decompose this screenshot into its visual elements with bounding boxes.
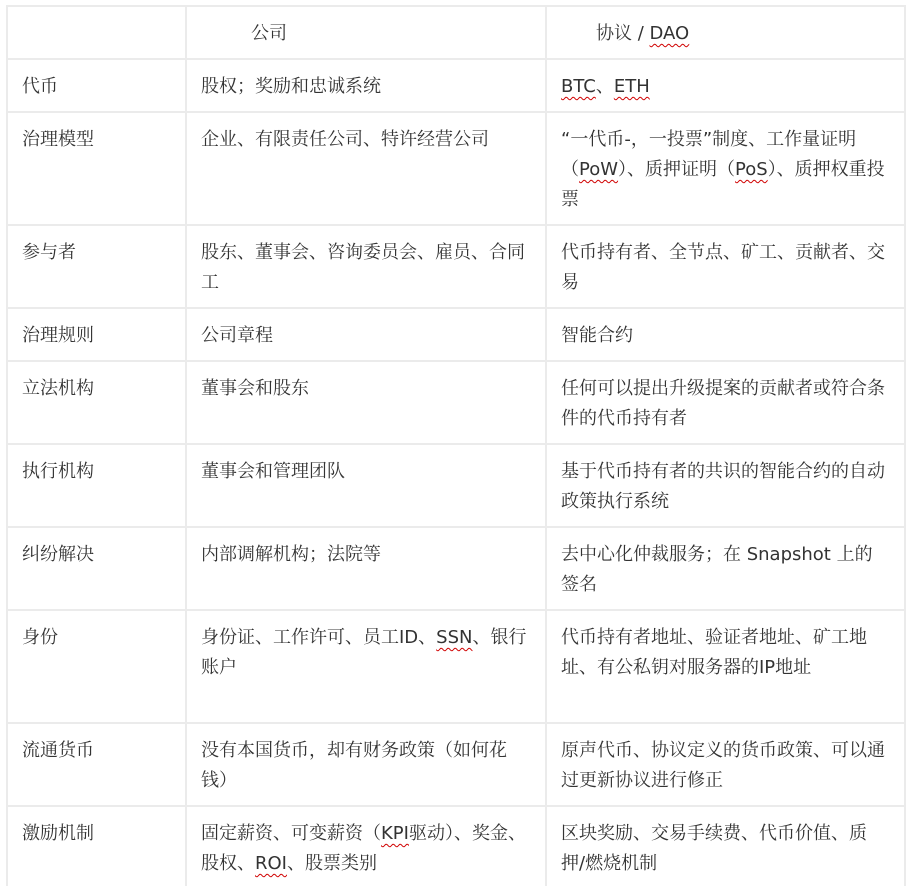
dao-cell: 区块奖励、交易手续费、代币价值、质押/燃烧机制 <box>546 806 905 886</box>
dao-cell: “一代币-，一投票”制度、工作量证明（PoW）、质押证明（PoS）、质押权重投票 <box>546 112 905 225</box>
spellcheck-word: DAO <box>650 23 690 44</box>
header-company: 公司 <box>186 6 546 59</box>
row-label: 身份 <box>7 610 186 723</box>
table-row: 治理规则 公司章程 智能合约 <box>7 308 905 361</box>
company-cell: 股权；奖励和忠诚系统 <box>186 59 546 112</box>
table-row: 参与者 股东、董事会、咨询委员会、雇员、合同工 代币持有者、全节点、矿工、贡献者… <box>7 225 905 308</box>
dao-cell: 原声代币、协议定义的货币政策、可以通过更新协议进行修正 <box>546 723 905 806</box>
row-label: 执行机构 <box>7 444 186 527</box>
table-row: 治理模型 企业、有限责任公司、特许经营公司 “一代币-，一投票”制度、工作量证明… <box>7 112 905 225</box>
table-row: 流通货币 没有本国货币，却有财务政策（如何花钱） 原声代币、协议定义的货币政策、… <box>7 723 905 806</box>
row-label: 流通货币 <box>7 723 186 806</box>
dao-cell: 智能合约 <box>546 308 905 361</box>
comparison-table: 公司 协议 / DAO 代币 股权；奖励和忠诚系统 BTC、ETH 治理模型 企… <box>6 5 906 886</box>
dao-cell: 任何可以提出升级提案的贡献者或符合条件的代币持有者 <box>546 361 905 444</box>
header-dao: 协议 / DAO <box>546 6 905 59</box>
company-cell: 公司章程 <box>186 308 546 361</box>
table-row: 代币 股权；奖励和忠诚系统 BTC、ETH <box>7 59 905 112</box>
table-row: 执行机构 董事会和管理团队 基于代币持有者的共识的智能合约的自动政策执行系统 <box>7 444 905 527</box>
company-cell: 董事会和管理团队 <box>186 444 546 527</box>
company-cell: 股东、董事会、咨询委员会、雇员、合同工 <box>186 225 546 308</box>
company-cell: 内部调解机构；法院等 <box>186 527 546 610</box>
header-row: 公司 协议 / DAO <box>7 6 905 59</box>
dao-cell: BTC、ETH <box>546 59 905 112</box>
row-label: 立法机构 <box>7 361 186 444</box>
row-label: 治理模型 <box>7 112 186 225</box>
table-row: 纠纷解决 内部调解机构；法院等 去中心化仲裁服务；在 Snapshot 上的签名 <box>7 527 905 610</box>
table-row: 激励机制 固定薪资、可变薪资（KPI驱动）、奖金、股权、ROI、股票类别 区块奖… <box>7 806 905 886</box>
dao-cell: 去中心化仲裁服务；在 Snapshot 上的签名 <box>546 527 905 610</box>
row-label: 治理规则 <box>7 308 186 361</box>
dao-cell: 代币持有者地址、验证者地址、矿工地址、有公私钥对服务器的IP地址 <box>546 610 905 723</box>
table-row: 立法机构 董事会和股东 任何可以提出升级提案的贡献者或符合条件的代币持有者 <box>7 361 905 444</box>
header-empty <box>7 6 186 59</box>
row-label: 代币 <box>7 59 186 112</box>
row-label: 参与者 <box>7 225 186 308</box>
dao-cell: 基于代币持有者的共识的智能合约的自动政策执行系统 <box>546 444 905 527</box>
company-cell: 董事会和股东 <box>186 361 546 444</box>
company-cell: 企业、有限责任公司、特许经营公司 <box>186 112 546 225</box>
row-label: 纠纷解决 <box>7 527 186 610</box>
dao-cell: 代币持有者、全节点、矿工、贡献者、交易 <box>546 225 905 308</box>
company-cell: 没有本国货币，却有财务政策（如何花钱） <box>186 723 546 806</box>
company-cell: 身份证、工作许可、员工ID、SSN、银行账户 <box>186 610 546 723</box>
table-row: 身份 身份证、工作许可、员工ID、SSN、银行账户 代币持有者地址、验证者地址、… <box>7 610 905 723</box>
company-cell: 固定薪资、可变薪资（KPI驱动）、奖金、股权、ROI、股票类别 <box>186 806 546 886</box>
row-label: 激励机制 <box>7 806 186 886</box>
